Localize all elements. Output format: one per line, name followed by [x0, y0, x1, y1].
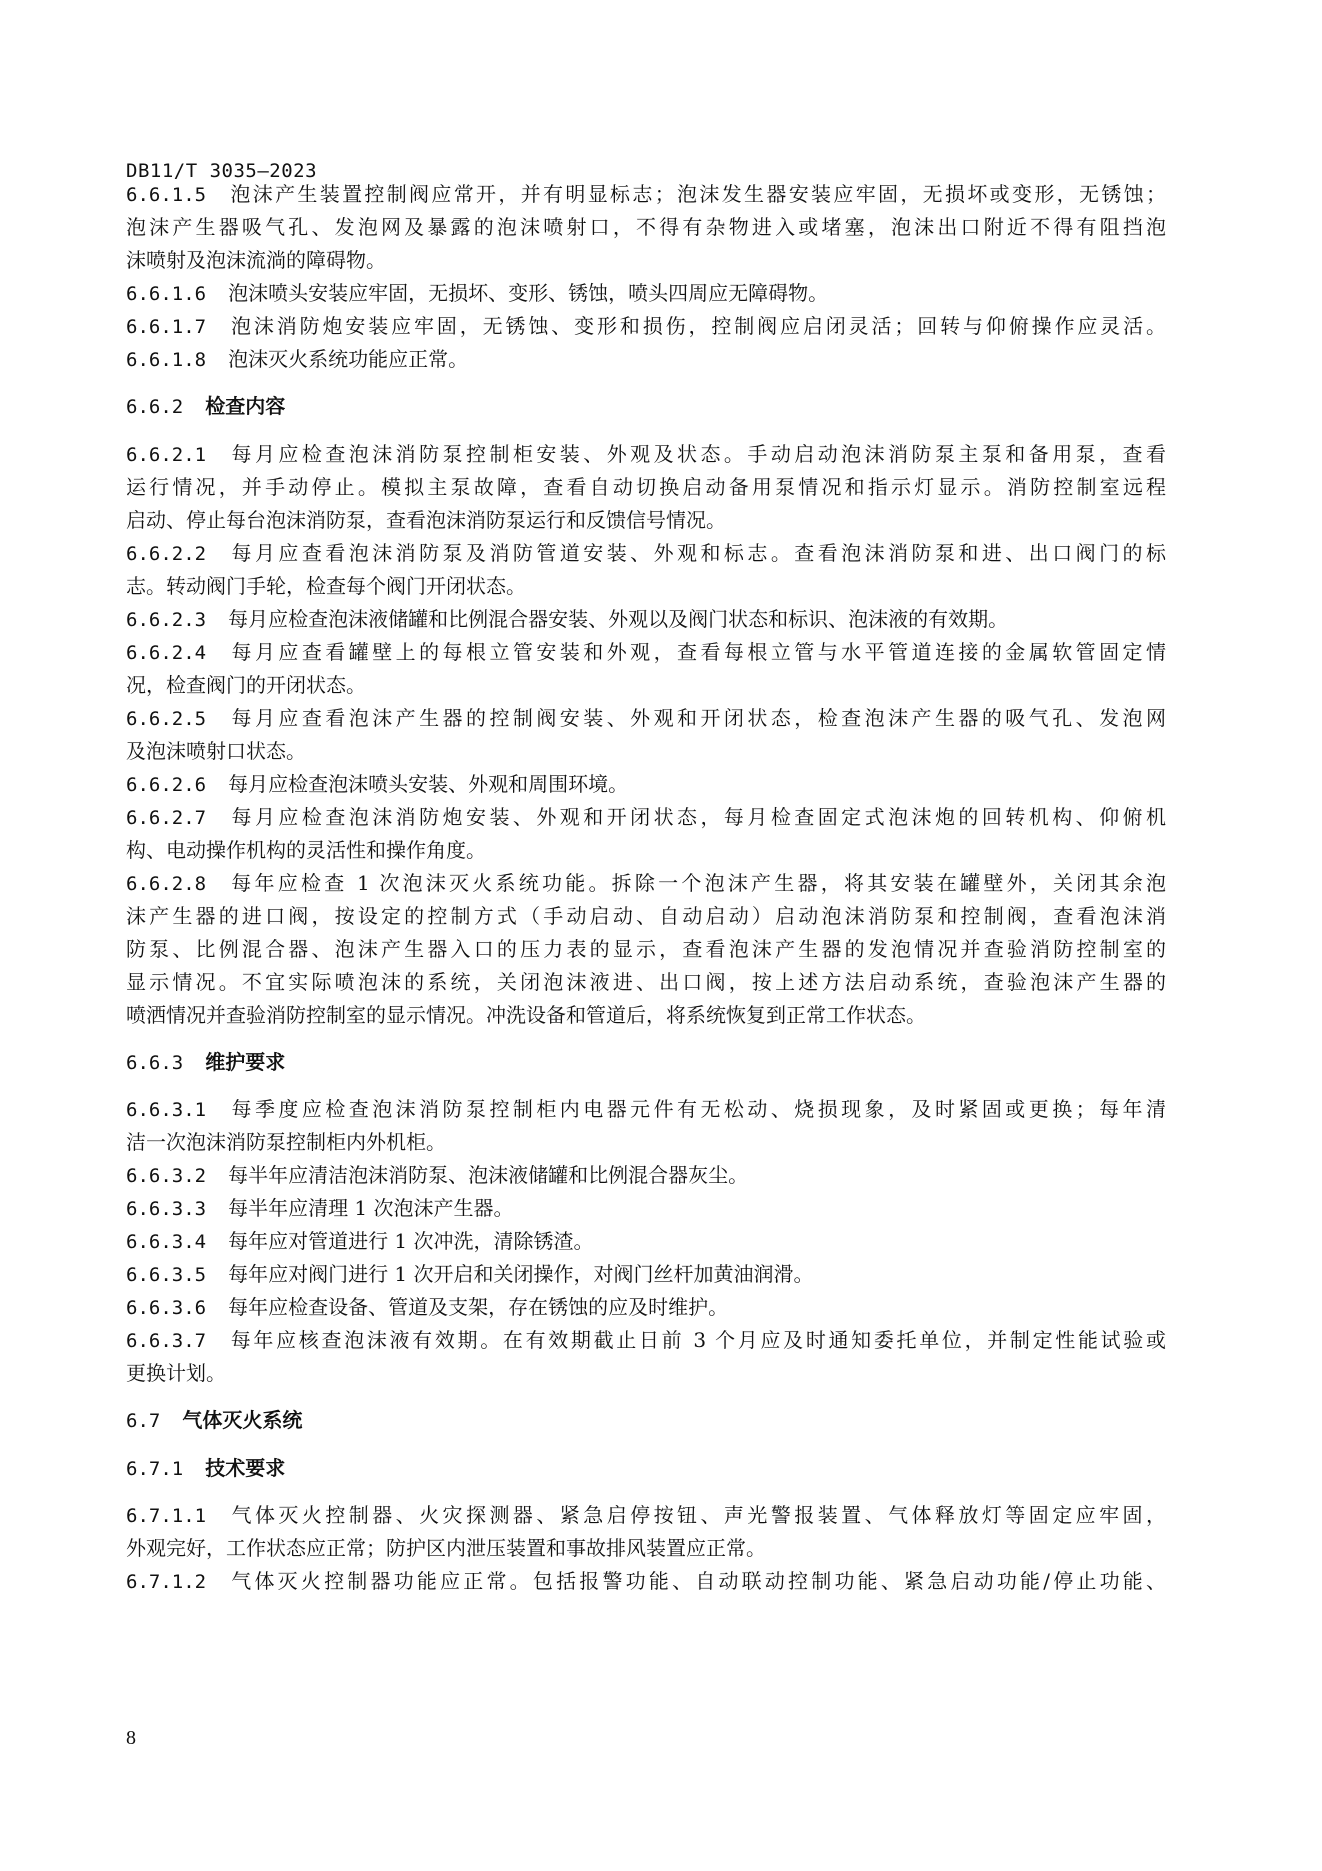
clause-number: 6.7 [126, 1409, 160, 1433]
clause-line: 6.6.1.7泡沫消防炮安装应牢固，无锈蚀、变形和损伤，控制阀应启闭灵活；回转与… [126, 314, 1166, 339]
clause-text: 维护要求 [205, 1050, 285, 1074]
clause-line: 6.7.1.2气体灭火控制器功能应正常。包括报警功能、自动联动控制功能、紧急启动… [126, 1569, 1166, 1594]
clause-text: 洁一次泡沫消防泵控制柜内外机柜。 [126, 1130, 446, 1154]
clause-text: 启动、停止每台泡沫消防泵，查看泡沫消防泵运行和反馈信号情况。 [126, 508, 726, 532]
clause-text: 显示情况。不宜实际喷泡沫的系统，关闭泡沫液进、出口阀，按上述方法启动系统，查验泡… [126, 970, 1166, 994]
clause-number: 6.6.3.1 [126, 1098, 206, 1122]
clause-line: 6.6.1.6泡沫喷头安装应牢固，无损坏、变形、锈蚀，喷头四周应无障碍物。 [126, 281, 1166, 306]
clause-line: 6.6.3.2每半年应清洁泡沫消防泵、泡沫液储罐和比例混合器灰尘。 [126, 1163, 1166, 1188]
clause-text: 每年应对阀门进行 1 次开启和关闭操作，对阀门丝杆加黄油润滑。 [228, 1262, 813, 1286]
clause-line: 6.6.2.8每年应检查 1 次泡沫灭火系统功能。拆除一个泡沫产生器，将其安装在… [126, 871, 1166, 896]
clause-number: 6.6.3.6 [126, 1296, 206, 1320]
document-header-id: DB11/T 3035—2023 [126, 160, 317, 182]
clause-number: 6.6.2 [126, 395, 183, 419]
clause-number: 6.6.2.4 [126, 641, 206, 665]
clause-number: 6.6.1.5 [126, 183, 206, 207]
clause-number: 6.6.3.3 [126, 1197, 206, 1221]
clause-number: 6.6.2.1 [126, 443, 206, 467]
clause-line: 6.6.3.4每年应对管道进行 1 次冲洗，清除锈渣。 [126, 1229, 1166, 1254]
clause-continuation-line: 况，检查阀门的开闭状态。 [126, 673, 1166, 697]
clause-text: 构、电动操作机构的灵活性和操作角度。 [126, 838, 486, 862]
clause-number: 6.6.3 [126, 1051, 183, 1075]
clause-text: 每月应检查泡沫消防炮安装、外观和开闭状态，每月检查固定式泡沫炮的回转机构、仰俯机 [228, 805, 1166, 829]
clause-text: 更换计划。 [126, 1361, 226, 1385]
clause-text: 每月应查看泡沫消防泵及消防管道安装、外观和标志。查看泡沫消防泵和进、出口阀门的标 [228, 541, 1166, 565]
clause-text: 沫喷射及泡沫流淌的障碍物。 [126, 248, 386, 272]
clause-line: 6.6.3.5每年应对阀门进行 1 次开启和关闭操作，对阀门丝杆加黄油润滑。 [126, 1262, 1166, 1287]
clause-text: 每月应检查泡沫消防泵控制柜安装、外观及状态。手动启动泡沫消防泵主泵和备用泵，查看 [228, 442, 1166, 466]
clause-text: 运行情况，并手动停止。模拟主泵故障，查看自动切换启动备用泵情况和指示灯显示。消防… [126, 475, 1166, 499]
clause-text: 每月应查看罐壁上的每根立管安装和外观，查看每根立管与水平管道连接的金属软管固定情 [228, 640, 1166, 664]
clause-text: 泡沫产生装置控制阀应常开，并有明显标志；泡沫发生器安装应牢固，无损坏或变形，无锈… [228, 182, 1166, 206]
clause-text: 防泵、比例混合器、泡沫产生器入口的压力表的显示，查看泡沫产生器的发泡情况并查验消… [126, 937, 1166, 961]
clause-continuation-line: 及泡沫喷射口状态。 [126, 739, 1166, 763]
clause-text: 况，检查阀门的开闭状态。 [126, 673, 366, 697]
clause-continuation-line: 防泵、比例混合器、泡沫产生器入口的压力表的显示，查看泡沫产生器的发泡情况并查验消… [126, 937, 1166, 961]
clause-line: 6.6.2.6每月应检查泡沫喷头安装、外观和周围环境。 [126, 772, 1166, 797]
clause-continuation-line: 沫喷射及泡沫流淌的障碍物。 [126, 248, 1166, 272]
clause-text: 每月应检查泡沫喷头安装、外观和周围环境。 [228, 772, 628, 796]
clause-text: 每年应检查 1 次泡沫灭火系统功能。拆除一个泡沫产生器，将其安装在罐壁外，关闭其… [228, 871, 1166, 895]
clause-continuation-line: 更换计划。 [126, 1361, 1166, 1385]
clause-number: 6.6.2.2 [126, 542, 206, 566]
clause-line: 6.6.3.3每半年应清理 1 次泡沫产生器。 [126, 1196, 1166, 1221]
clause-number: 6.6.2.6 [126, 773, 206, 797]
clause-line: 6.6.2.1每月应检查泡沫消防泵控制柜安装、外观及状态。手动启动泡沫消防泵主泵… [126, 442, 1166, 467]
clause-text: 技术要求 [205, 1456, 285, 1480]
clause-continuation-line: 喷洒情况并查验消防控制室的显示情况。冲洗设备和管道后，将系统恢复到正常工作状态。 [126, 1003, 1166, 1027]
clause-continuation-line: 洁一次泡沫消防泵控制柜内外机柜。 [126, 1130, 1166, 1154]
clause-number: 6.6.3.7 [126, 1329, 206, 1353]
clause-text: 泡沫喷头安装应牢固，无损坏、变形、锈蚀，喷头四周应无障碍物。 [228, 281, 828, 305]
clause-continuation-line: 构、电动操作机构的灵活性和操作角度。 [126, 838, 1166, 862]
clause-number: 6.6.3.5 [126, 1263, 206, 1287]
clause-continuation-line: 志。转动阀门手轮，检查每个阀门开闭状态。 [126, 574, 1166, 598]
clause-number: 6.6.1.6 [126, 282, 206, 306]
clause-number: 6.6.1.8 [126, 348, 206, 372]
clause-number: 6.6.1.7 [126, 315, 206, 339]
clause-number: 6.6.3.4 [126, 1230, 206, 1254]
clause-number: 6.6.2.3 [126, 608, 206, 632]
clause-number: 6.6.2.5 [126, 707, 206, 731]
clause-number: 6.6.3.2 [126, 1164, 206, 1188]
clause-text: 志。转动阀门手轮，检查每个阀门开闭状态。 [126, 574, 526, 598]
clause-continuation-line: 运行情况，并手动停止。模拟主泵故障，查看自动切换启动备用泵情况和指示灯显示。消防… [126, 475, 1166, 499]
clause-continuation-line: 显示情况。不宜实际喷泡沫的系统，关闭泡沫液进、出口阀，按上述方法启动系统，查验泡… [126, 970, 1166, 994]
clause-continuation-line: 沫产生器的进口阀，按设定的控制方式（手动启动、自动启动）启动泡沫消防泵和控制阀，… [126, 904, 1166, 928]
clause-text: 每半年应清理 1 次泡沫产生器。 [228, 1196, 513, 1220]
clause-text: 每季度应检查泡沫消防泵控制柜内电器元件有无松动、烧损现象，及时紧固或更换；每年清 [228, 1097, 1166, 1121]
clause-continuation-line: 外观完好，工作状态应正常；防护区内泄压装置和事故排风装置应正常。 [126, 1536, 1166, 1560]
clause-line: 6.6.2.3每月应检查泡沫液储罐和比例混合器安装、外观以及阀门状态和标识、泡沫… [126, 607, 1166, 632]
clause-line: 6.6.3.6每年应检查设备、管道及支架，存在锈蚀的应及时维护。 [126, 1295, 1166, 1320]
clause-text: 每半年应清洁泡沫消防泵、泡沫液储罐和比例混合器灰尘。 [228, 1163, 748, 1187]
clause-text: 每年应对管道进行 1 次冲洗，清除锈渣。 [228, 1229, 593, 1253]
clause-line: 6.6.2.2每月应查看泡沫消防泵及消防管道安装、外观和标志。查看泡沫消防泵和进… [126, 541, 1166, 566]
clause-text: 喷洒情况并查验消防控制室的显示情况。冲洗设备和管道后，将系统恢复到正常工作状态。 [126, 1003, 926, 1027]
clause-number: 6.6.2.7 [126, 806, 206, 830]
clause-text: 沫产生器的进口阀，按设定的控制方式（手动启动、自动启动）启动泡沫消防泵和控制阀，… [126, 904, 1166, 928]
clause-line: 6.6.1.8泡沫灭火系统功能应正常。 [126, 347, 1166, 372]
clause-text: 每年应检查设备、管道及支架，存在锈蚀的应及时维护。 [228, 1295, 728, 1319]
clause-text: 泡沫消防炮安装应牢固，无锈蚀、变形和损伤，控制阀应启闭灵活；回转与仰俯操作应灵活… [228, 314, 1166, 338]
clause-text: 每年应核查泡沫液有效期。在有效期截止日前 3 个月应及时通知委托单位，并制定性能… [228, 1328, 1166, 1352]
clause-text: 气体灭火系统 [182, 1408, 302, 1432]
clause-text: 检查内容 [205, 394, 285, 418]
clause-text: 泡沫产生器吸气孔、发泡网及暴露的泡沫喷射口，不得有杂物进入或堵塞，泡沫出口附近不… [126, 215, 1166, 239]
section-heading: 6.6.3维护要求 [126, 1050, 1166, 1075]
page-number: 8 [126, 1727, 136, 1750]
clause-text: 每月应检查泡沫液储罐和比例混合器安装、外观以及阀门状态和标识、泡沫液的有效期。 [228, 607, 1008, 631]
clause-text: 气体灭火控制器功能应正常。包括报警功能、自动联动控制功能、紧急启动功能/停止功能… [228, 1569, 1166, 1593]
clause-line: 6.7.1.1气体灭火控制器、火灾探测器、紧急启停按钮、声光警报装置、气体释放灯… [126, 1503, 1166, 1528]
section-heading: 6.6.2检查内容 [126, 394, 1166, 419]
clause-text: 外观完好，工作状态应正常；防护区内泄压装置和事故排风装置应正常。 [126, 1536, 766, 1560]
clause-number: 6.7.1.1 [126, 1504, 206, 1528]
clause-text: 气体灭火控制器、火灾探测器、紧急启停按钮、声光警报装置、气体释放灯等固定应牢固， [228, 1503, 1166, 1527]
clause-continuation-line: 泡沫产生器吸气孔、发泡网及暴露的泡沫喷射口，不得有杂物进入或堵塞，泡沫出口附近不… [126, 215, 1166, 239]
clause-continuation-line: 启动、停止每台泡沫消防泵，查看泡沫消防泵运行和反馈信号情况。 [126, 508, 1166, 532]
clause-line: 6.6.2.4每月应查看罐壁上的每根立管安装和外观，查看每根立管与水平管道连接的… [126, 640, 1166, 665]
clause-number: 6.7.1.2 [126, 1570, 206, 1594]
clause-line: 6.6.2.5每月应查看泡沫产生器的控制阀安装、外观和开闭状态，检查泡沫产生器的… [126, 706, 1166, 731]
clause-line: 6.6.1.5泡沫产生装置控制阀应常开，并有明显标志；泡沫发生器安装应牢固，无损… [126, 182, 1166, 207]
section-heading: 6.7.1技术要求 [126, 1456, 1166, 1481]
clause-line: 6.6.3.1每季度应检查泡沫消防泵控制柜内电器元件有无松动、烧损现象，及时紧固… [126, 1097, 1166, 1122]
clause-text: 及泡沫喷射口状态。 [126, 739, 306, 763]
clause-text: 每月应查看泡沫产生器的控制阀安装、外观和开闭状态，检查泡沫产生器的吸气孔、发泡网 [228, 706, 1166, 730]
clause-number: 6.6.2.8 [126, 872, 206, 896]
clause-number: 6.7.1 [126, 1457, 183, 1481]
clause-line: 6.6.2.7每月应检查泡沫消防炮安装、外观和开闭状态，每月检查固定式泡沫炮的回… [126, 805, 1166, 830]
clause-text: 泡沫灭火系统功能应正常。 [228, 347, 468, 371]
section-heading: 6.7气体灭火系统 [126, 1408, 1166, 1433]
clause-line: 6.6.3.7每年应核查泡沫液有效期。在有效期截止日前 3 个月应及时通知委托单… [126, 1328, 1166, 1353]
